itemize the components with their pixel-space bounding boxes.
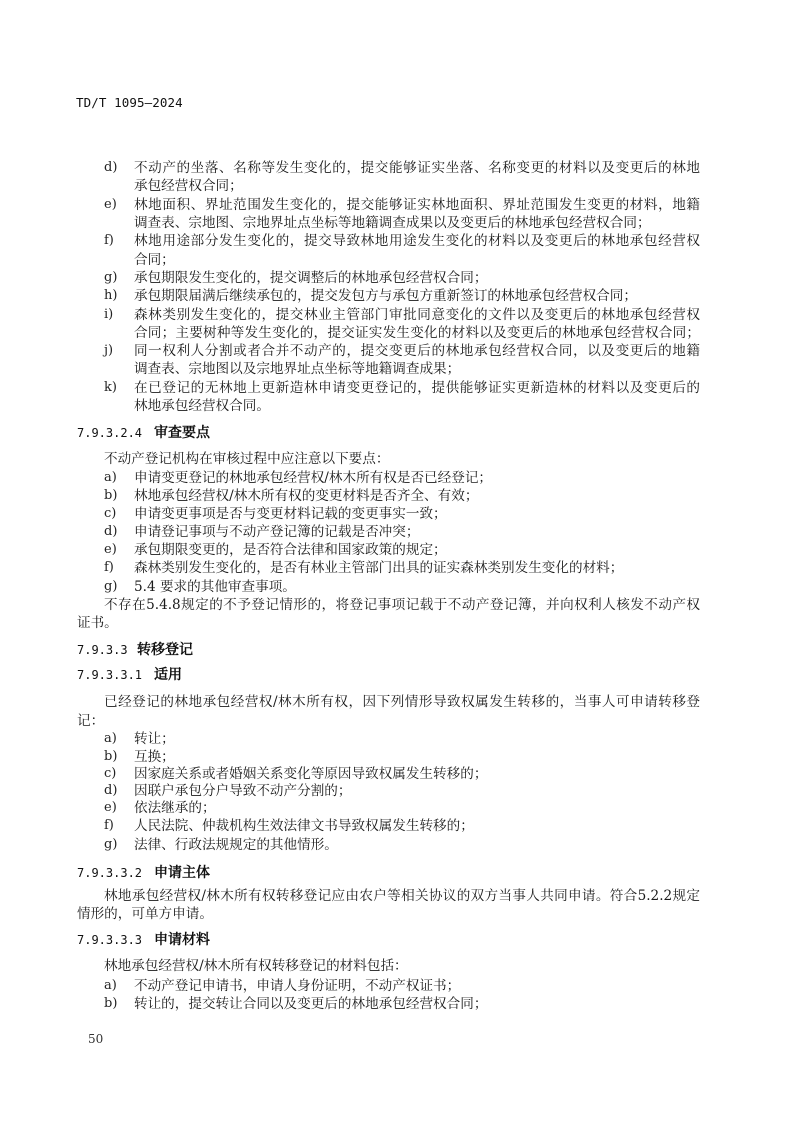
- list-item-text: 林地用途部分发生变化的，提交导致林地用途发生变化的材料以及变更后的林地承包经营权: [134, 232, 700, 250]
- list-item-text: 申请变更登记的林地承包经营权/林木所有权是否已经登记；: [134, 469, 700, 487]
- list-item-label: f): [104, 559, 114, 577]
- list-item-label: a): [104, 977, 117, 995]
- list-item-text: 林地承包经营权合同。: [134, 397, 700, 415]
- list-item-text: 在已登记的无林地上更新造林申请变更登记的，提供能够证实更新造林的材料以及变更后的: [134, 379, 700, 397]
- list-item-text: 申请变更事项是否与变更材料记载的变更事实一致；: [134, 505, 700, 523]
- section-intro: 林地承包经营权/林木所有权转移登记的材料包括：: [104, 957, 700, 975]
- list-item-label: b): [104, 748, 117, 766]
- section-intro: 记：: [77, 712, 700, 730]
- list-item-label: f): [104, 817, 114, 835]
- list-item-label: a): [104, 730, 117, 748]
- list-item-label: h): [104, 287, 117, 305]
- section-title: 申请主体: [154, 864, 210, 882]
- list-item-text: 森林类别发生变化的，提交林业主管部门审批同意变化的文件以及变更后的林地承包经营权: [134, 306, 700, 324]
- list-item-label: e): [104, 799, 117, 817]
- list-item-label: g): [104, 578, 117, 596]
- section-number: 7.9.3.3.3: [77, 931, 142, 949]
- list-item-label: i): [104, 306, 113, 324]
- list-item-label: a): [104, 469, 117, 487]
- list-item-text: 因联户承包分户导致不动产分割的；: [134, 782, 700, 800]
- section-conclusion: 不存在5.4.8规定的不予登记情形的，将登记事项记载于不动产登记簿，并向权利人核…: [104, 596, 700, 614]
- document-page: TD/T 1095—2024 d) 不动产的坐落、名称等发生变化的，提交能够证实…: [0, 0, 794, 1122]
- list-item-text: 不动产的坐落、名称等发生变化的，提交能够证实坐落、名称变更的材料以及变更后的林地: [134, 159, 700, 177]
- list-item-label: e): [104, 541, 117, 559]
- list-item-label: c): [104, 765, 116, 783]
- section-title: 转移登记: [137, 641, 193, 659]
- list-item-text: 不动产登记申请书，申请人身份证明，不动产权证书；: [134, 977, 700, 995]
- section-title: 申请材料: [154, 931, 210, 949]
- list-item-text: 互换；: [134, 748, 700, 766]
- list-item-label: f): [104, 232, 114, 250]
- list-item-label: j): [104, 342, 113, 360]
- list-item-label: b): [104, 487, 117, 505]
- section-body: 林地承包经营权/林木所有权转移登记应由农户等相关协议的双方当事人共同申请。符合5…: [104, 887, 700, 905]
- list-item-text: 合同；主要树种等发生变化的，提交证实发生变化的材料以及变更后的林地承包经营权合同…: [134, 324, 700, 342]
- list-item-label: d): [104, 523, 117, 541]
- page-number: 50: [88, 1031, 103, 1047]
- section-intro: 已经登记的林地承包经营权/林木所有权，因下列情形导致权属发生转移的，当事人可申请…: [104, 693, 700, 711]
- section-number: 7.9.3.3.2: [77, 864, 142, 882]
- list-item-text: 依法继承的；: [134, 799, 700, 817]
- list-item-text: 调查表、宗地图以及宗地界址点坐标等地籍调查成果；: [134, 360, 700, 378]
- list-item-text: 同一权利人分割或者合并不动产的，提交变更后的林地承包经营权合同，以及变更后的地籍: [134, 342, 700, 360]
- list-item-text: 人民法院、仲裁机构生效法律文书导致权属发生转移的；: [134, 817, 700, 835]
- list-item-text: 5.4 要求的其他审查事项。: [134, 578, 700, 596]
- list-item-text: 合同；: [134, 251, 700, 269]
- list-item-text: 承包经营权合同；: [134, 177, 700, 195]
- list-item-label: k): [104, 379, 117, 397]
- list-item-text: 转让的，提交转让合同以及变更后的林地承包经营权合同；: [134, 995, 700, 1013]
- list-item-label: g): [104, 836, 117, 854]
- list-item-label: b): [104, 995, 117, 1013]
- list-item-label: d): [104, 159, 117, 177]
- list-item-text: 转让；: [134, 730, 700, 748]
- section-title: 审查要点: [154, 424, 210, 442]
- standard-code-header: TD/T 1095—2024: [76, 95, 183, 111]
- list-item-label: e): [104, 196, 117, 214]
- list-item-text: 承包期限发生变化的，提交调整后的林地承包经营权合同；: [134, 269, 700, 287]
- list-item-text: 承包期限届满后继续承包的，提交发包方与承包方重新签订的林地承包经营权合同；: [134, 287, 700, 305]
- list-item-text: 调查表、宗地图、宗地界址点坐标等地籍调查成果以及变更后的林地承包经营权合同；: [134, 214, 700, 232]
- section-conclusion: 证书。: [77, 614, 700, 632]
- section-intro: 不动产登记机构在审核过程中应注意以下要点：: [104, 450, 700, 468]
- list-item-text: 承包期限变更的，是否符合法律和国家政策的规定；: [134, 541, 700, 559]
- list-item-text: 林地面积、界址范围发生变化的，提交能够证实林地面积、界址范围发生变更的材料，地籍: [134, 196, 700, 214]
- list-item-label: d): [104, 782, 117, 800]
- section-number: 7.9.3.3: [77, 641, 128, 659]
- list-item-label: g): [104, 269, 117, 287]
- list-item-text: 林地承包经营权/林木所有权的变更材料是否齐全、有效；: [134, 487, 700, 505]
- list-item-label: c): [104, 505, 116, 523]
- list-item-text: 法律、行政法规规定的其他情形。: [134, 836, 700, 854]
- section-number: 7.9.3.3.1: [77, 666, 142, 684]
- list-item-text: 申请登记事项与不动产登记簿的记载是否冲突；: [134, 523, 700, 541]
- list-item-text: 因家庭关系或者婚姻关系变化等原因导致权属发生转移的；: [134, 765, 700, 783]
- section-number: 7.9.3.2.4: [77, 424, 142, 442]
- section-title: 适用: [154, 666, 182, 684]
- list-item-text: 森林类别发生变化的，是否有林业主管部门出具的证实森林类别发生变化的材料；: [134, 559, 700, 577]
- section-body: 情形的，可单方申请。: [77, 905, 700, 923]
